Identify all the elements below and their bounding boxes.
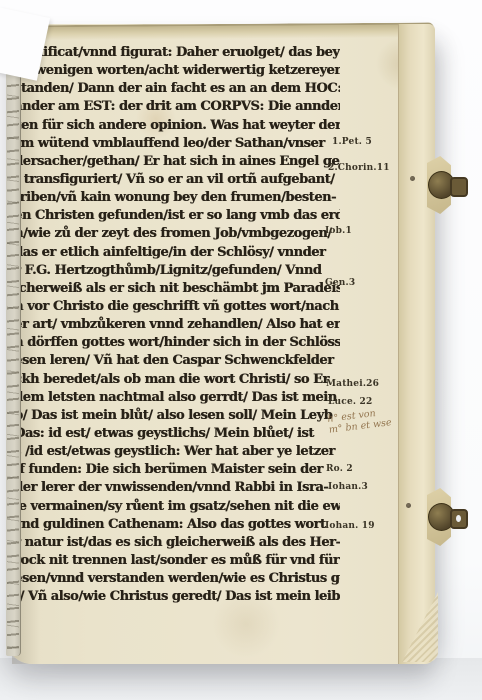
wormhole-top [410, 176, 415, 181]
fore-edge [398, 24, 435, 664]
brass-clasp-top [427, 152, 467, 218]
clasp-ring [450, 509, 468, 529]
table-surface-shadow [0, 658, 482, 700]
margin-note-1pet: 1.Pet. 5 [332, 137, 372, 147]
margin-note-iohan3: Iohan.3 [328, 482, 368, 492]
margin-notes-column: 1.Pet. 5 2.Chorin.11 Iob.1 Gen.3 Mathei.… [6, 24, 434, 664]
photo-background: significat/vnnd figurat: Daher eruolget/… [0, 0, 482, 700]
clasp-catch [450, 177, 468, 197]
margin-note-mathei: Mathei.26 [326, 379, 379, 389]
margin-note-gen: Gen.3 [325, 278, 355, 288]
facing-page-edge [6, 54, 21, 656]
brass-clasp-bottom [427, 484, 467, 550]
clasp-ring-hole [456, 515, 461, 522]
margin-note-iohan19: Iohan. 19 [325, 521, 375, 531]
handwritten-annotation: h° est von m° bn et wse [327, 406, 392, 436]
margin-note-iob: Iob.1 [325, 226, 352, 236]
margin-note-luce: Luce. 22 [328, 397, 372, 407]
antique-book-page: significat/vnnd figurat: Daher eruolget/… [6, 24, 434, 664]
wormhole-bottom [406, 503, 411, 508]
margin-note-ro: Ro. 2 [326, 464, 353, 474]
margin-note-2chorin: 2.Chorin.11 [328, 163, 390, 173]
